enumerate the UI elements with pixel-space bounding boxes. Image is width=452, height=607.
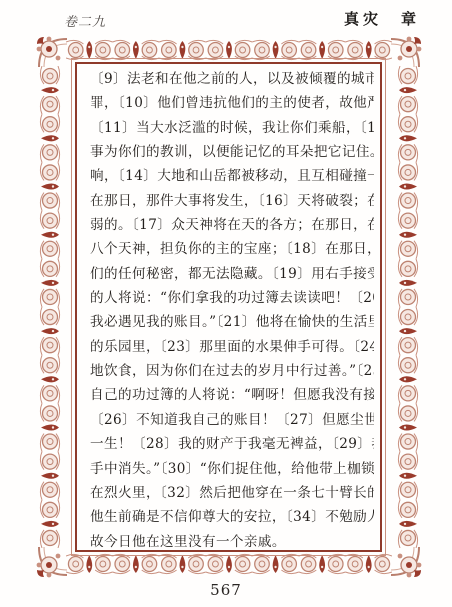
- body-line: 地饮食，因为你们在过去的岁月中行过善。”〔25〕以左手接过: [90, 359, 374, 383]
- body-line: 他生前确是不信仰尊大的安拉，〔34〕不勉励人赈济贫民；〔35〕: [90, 505, 374, 529]
- ornament-corner-bottom-right: [390, 546, 422, 578]
- ornament-border-top: [66, 38, 392, 62]
- running-head: 卷二九 真灾 章: [0, 8, 452, 30]
- body-line: 自己的功过簿的人将说：“啊呀！但愿我没有接过我的功过簿，: [90, 383, 374, 407]
- body-line: 们的任何秘密，都无法隐藏。〔19〕用右手接受自己的功过簿: [90, 262, 374, 286]
- body-line: 罪，〔10〕他们曾违抗他们的主的使者，故他严厉惩治了他们。: [90, 91, 374, 115]
- body-line: 〔26〕不知道我自己的账目！〔27〕但愿尘世的死亡已了结我的: [90, 408, 374, 432]
- ornament-border-left: [38, 66, 62, 548]
- ornament-border-right: [396, 66, 420, 548]
- scripture-text-box: 〔9〕法老和在他之前的人，以及被倾覆的城市的居民，又再犯 罪，〔10〕他们曾违抗…: [75, 62, 382, 552]
- body-line: 故今日他在这里没有一个亲戚。: [90, 530, 374, 554]
- body-line: 〔11〕当大水泛滥的时候，我让你们乘船，〔12〕以便我以那件: [90, 116, 374, 140]
- ornament-corner-bottom-left: [36, 546, 68, 578]
- chapter-title: 真灾 章: [344, 8, 420, 29]
- body-line: 事为你们的教训，以便能记忆的耳朵把它记住。〔13〕当号角一: [90, 140, 374, 164]
- ornamental-frame: 〔9〕法老和在他之前的人，以及被倾覆的城市的居民，又再犯 罪，〔10〕他们曾违抗…: [36, 36, 422, 578]
- ornament-corner-top-right: [390, 36, 422, 68]
- body-line: 八个天神，担负你的主的宝座；〔18〕在那日，你们将被检阅，你: [90, 237, 374, 261]
- body-line: 手中消失。”〔30〕“你们捉住他，给他带上枷锁，〔31〕然后把他投: [90, 457, 374, 481]
- ornament-corner-top-left: [36, 36, 68, 68]
- volume-label: 卷二九: [64, 11, 106, 30]
- page-number: 567: [0, 581, 452, 599]
- book-page: 卷二九 真灾 章: [0, 0, 452, 607]
- body-line: 的乐园里，〔23〕那里面的水果伸手可得。〔24〕“你们可以愉快: [90, 335, 374, 359]
- body-line: 弱的。〔17〕众天神将在天的各方；在那日，在他们上面，将有: [90, 213, 374, 237]
- body-line: 我必遇见我的账目。”〔21〕他将在愉快的生活里，〔22〕在崇高: [90, 310, 374, 334]
- ornament-border-bottom: [66, 552, 392, 576]
- body-line: 在那日，那件大事将发生，〔16〕天将破裂；在那日，天将成为脆: [90, 189, 374, 213]
- body-line: 响，〔14〕大地和山岳都被移动，且互相碰撞一次的时候；〔15〕: [90, 164, 374, 188]
- body-line: 〔9〕法老和在他之前的人，以及被倾覆的城市的居民，又再犯: [90, 67, 374, 91]
- body-line: 一生！〔28〕我的财产于我毫无裨益，〔29〕我的权柄已从我的: [90, 432, 374, 456]
- body-line: 的人将说：“你们拿我的功过簿去读读吧！〔20〕我确已猜想到: [90, 286, 374, 310]
- body-line: 在烈火里，〔32〕然后把他穿在一条七十臂长的链子上。”〔33〕: [90, 481, 374, 505]
